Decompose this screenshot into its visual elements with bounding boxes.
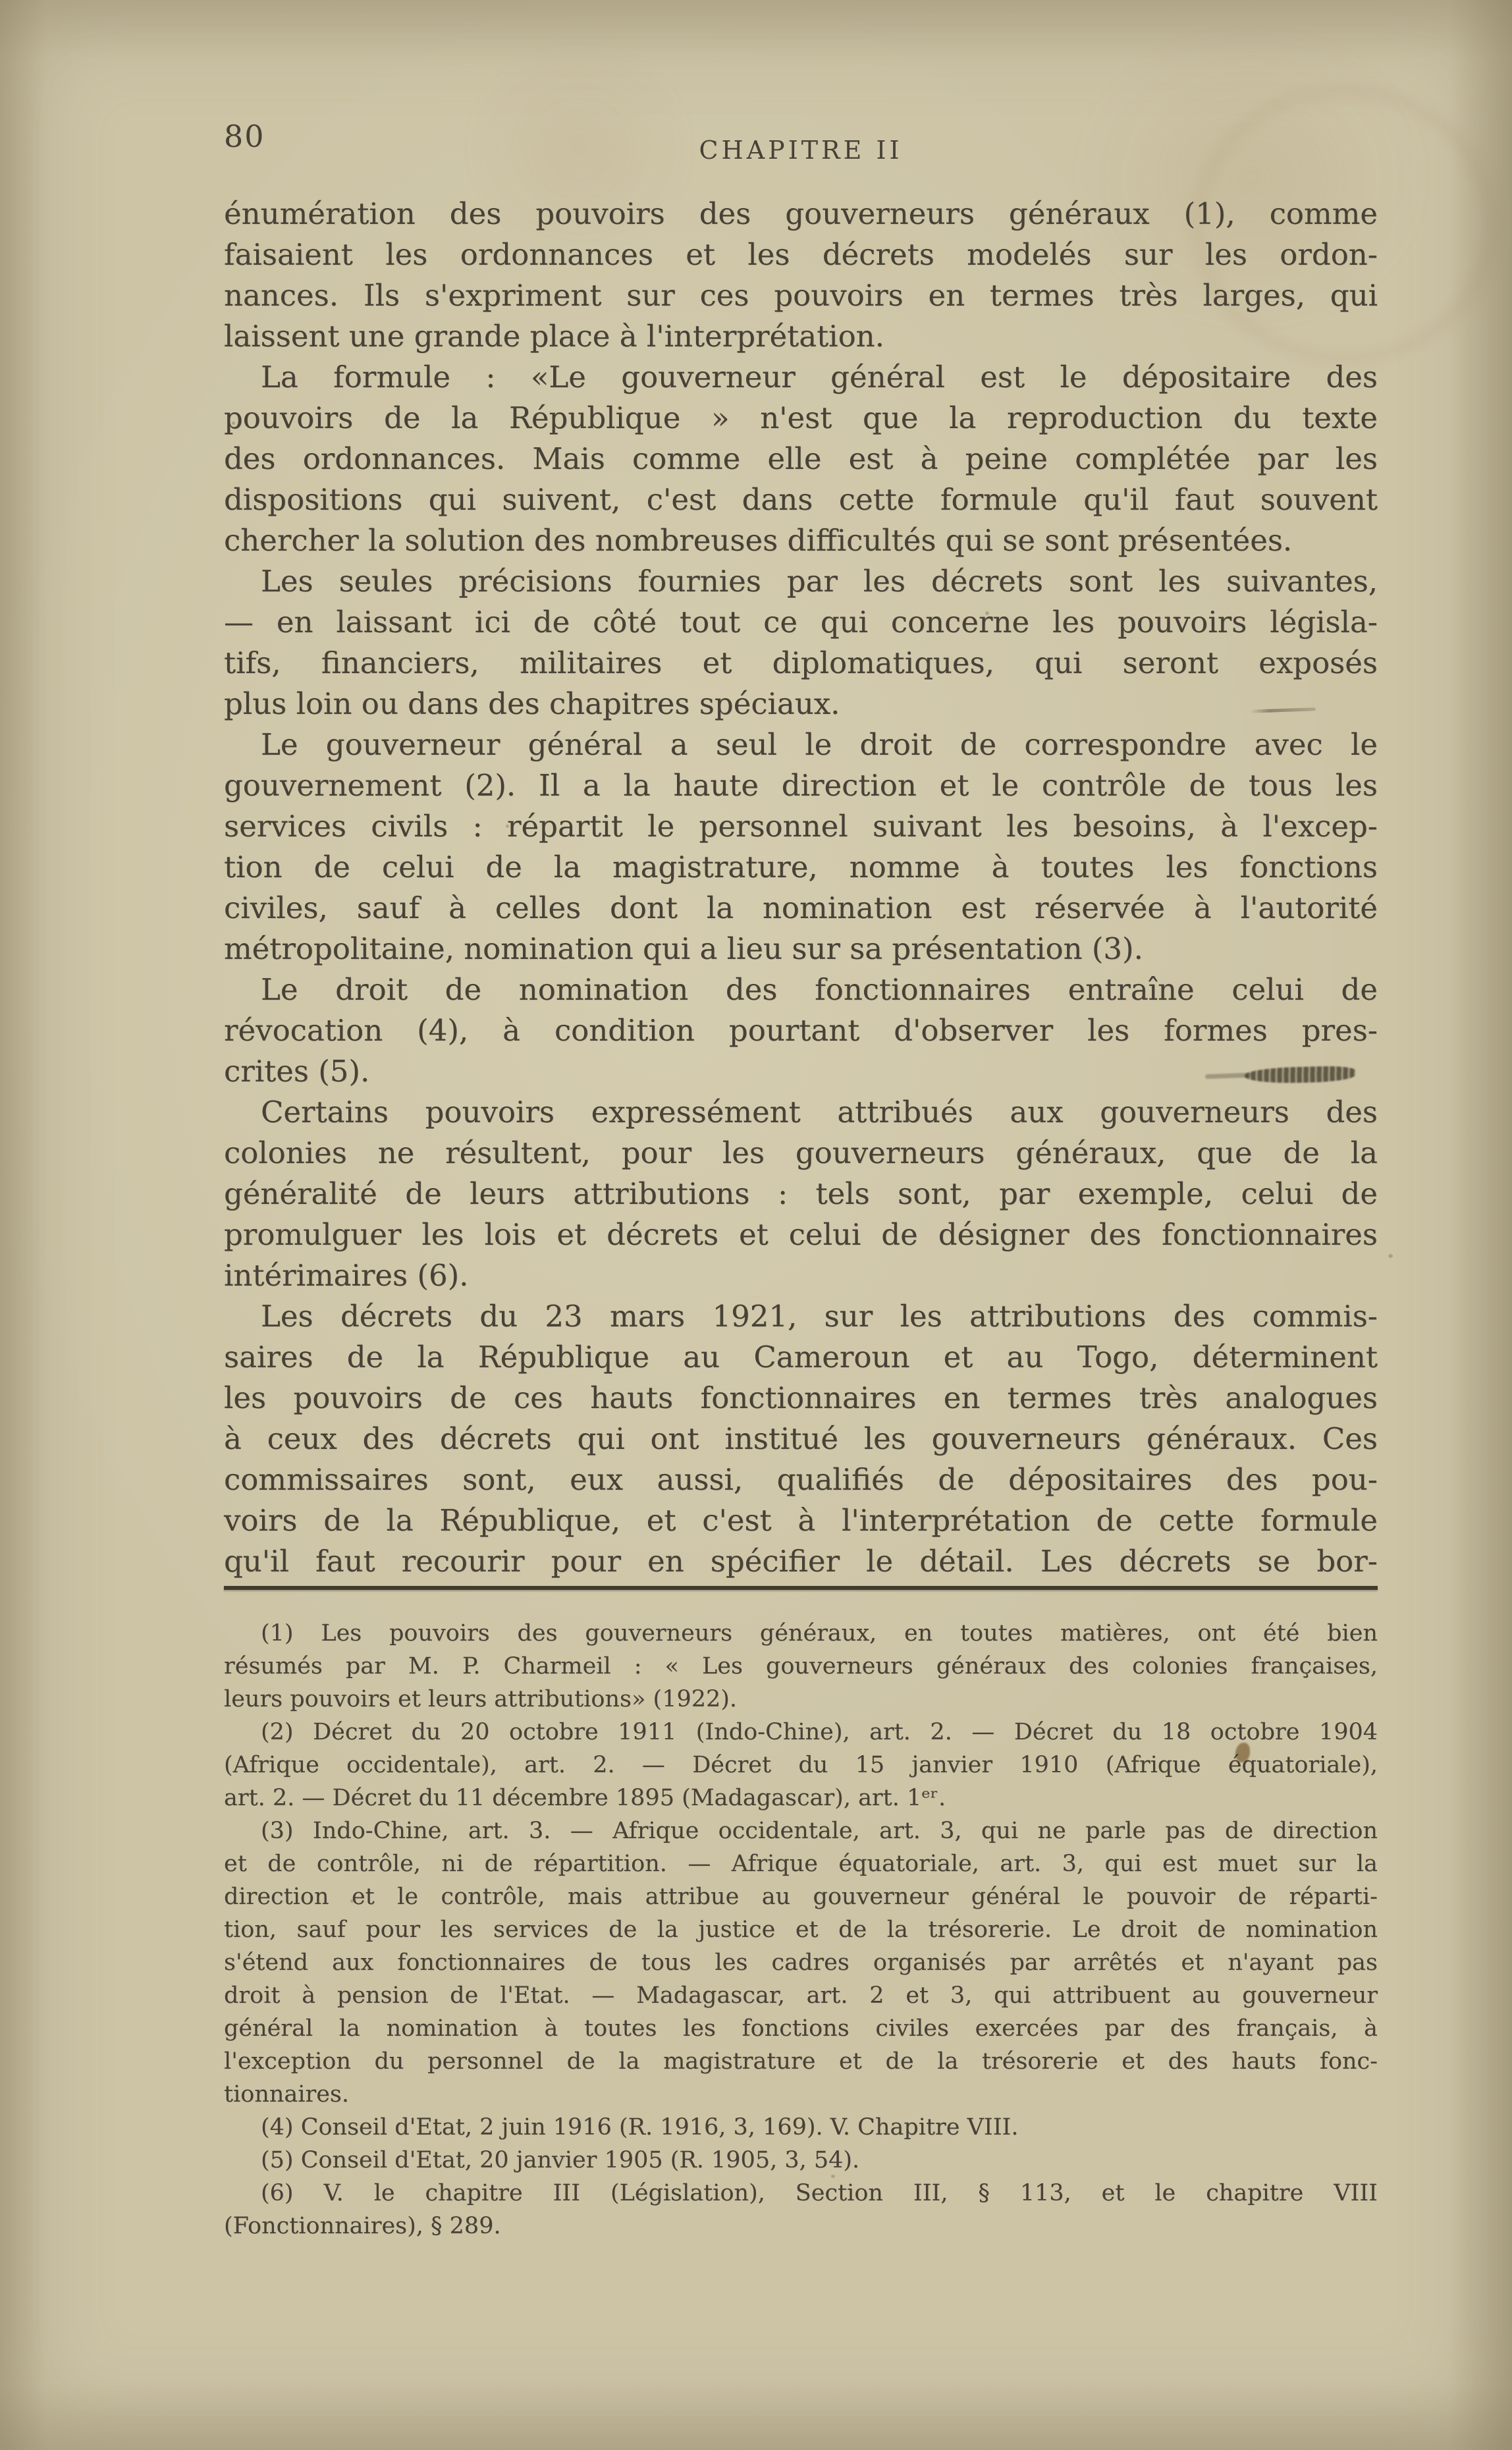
text-line: (3) Indo-Chine, art. 3. — Afrique occide… [224,1814,1378,1847]
text-line: les pouvoirs de ces hauts fonctionnaires… [224,1378,1378,1419]
text-line: crites (5). [224,1051,1378,1092]
paragraph: Certains pouvoirs expressément attribués… [224,1092,1378,1296]
text-line: Le droit de nomination des fonctionnaire… [224,969,1378,1010]
text-line: (6) V. le chapitre III (Législation), Se… [224,2177,1378,2210]
text-line: Les décrets du 23 mars 1921, sur les att… [224,1296,1378,1337]
paragraph: Le droit de nomination des fonctionnaire… [224,969,1378,1092]
text-line: tifs, financiers, militaires et diplomat… [224,643,1378,684]
main-text-block: énumération des pouvoirs des gouverneurs… [224,194,1378,1582]
paragraph: Les seules précisions fournies par les d… [224,561,1378,724]
text-line: (Afrique occidentale), art. 2. — Décret … [224,1749,1378,1782]
paragraph: Les décrets du 23 mars 1921, sur les att… [224,1296,1378,1582]
text-line: saires de la République au Cameroun et a… [224,1337,1378,1378]
text-line: (1) Les pouvoirs des gouverneurs générau… [224,1617,1378,1650]
text-line: (Fonctionnaires), § 289. [224,2210,1378,2243]
paper-speck [1388,1254,1393,1258]
text-line: Certains pouvoirs expressément attribués… [224,1092,1378,1133]
text-line: — en laissant ici de côté tout ce qui co… [224,602,1378,643]
text-line: révocation (4), à condition pourtant d'o… [224,1010,1378,1051]
text-line: art. 2. — Décret du 11 décembre 1895 (Ma… [224,1782,1378,1814]
page-number: 80 [224,119,265,154]
paragraph: (5) Conseil d'Etat, 20 janvier 1905 (R. … [224,2144,1378,2177]
text-line: colonies ne résultent, pour les gouverne… [224,1133,1378,1174]
text-line: leurs pouvoirs et leurs attributions» (1… [224,1683,1378,1716]
text-line: (2) Décret du 20 octobre 1911 (Indo-Chin… [224,1716,1378,1749]
scanned-book-page: 80 CHAPITRE II énumération des pouvoirs … [0,0,1512,2450]
text-line: pouvoirs de la République » n'est que la… [224,398,1378,439]
paragraph: (1) Les pouvoirs des gouverneurs générau… [224,1617,1378,1716]
text-line: l'exception du personnel de la magistrat… [224,2045,1378,2078]
text-line: droit à pension de l'Etat. — Madagascar,… [224,1979,1378,2012]
running-title: CHAPITRE II [699,136,902,165]
footnote-separator-rule [224,1586,1378,1590]
text-line: Le gouverneur général a seul le droit de… [224,724,1378,765]
text-line: dispositions qui suivent, c'est dans cet… [224,479,1378,520]
text-line: résumés par M. P. Charmeil : « Les gouve… [224,1650,1378,1683]
text-line: tion de celui de la magistrature, nomme … [224,847,1378,888]
text-line: énumération des pouvoirs des gouverneurs… [224,194,1378,234]
text-line: voirs de la République, et c'est à l'int… [224,1500,1378,1541]
text-line: gouvernement (2). Il a la haute directio… [224,765,1378,806]
paragraph: (4) Conseil d'Etat, 2 juin 1916 (R. 1916… [224,2111,1378,2144]
text-line: La formule : «Le gouverneur général est … [224,357,1378,398]
text-line: services civils : répartit le personnel … [224,806,1378,847]
paragraph: (6) V. le chapitre III (Législation), Se… [224,2177,1378,2243]
text-line: intérimaires (6). [224,1255,1378,1296]
text-line: civiles, sauf à celles dont la nominatio… [224,888,1378,929]
text-line: tionnaires. [224,2078,1378,2111]
text-line: direction et le contrôle, mais attribue … [224,1880,1378,1913]
text-line: des ordonnances. Mais comme elle est à p… [224,439,1378,479]
text-line: plus loin ou dans des chapitres spéciaux… [224,684,1378,724]
text-line: commissaires sont, eux aussi, qualifiés … [224,1459,1378,1500]
text-line: métropolitaine, nomination qui a lieu su… [224,929,1378,969]
text-line: général la nomination à toutes les fonct… [224,2012,1378,2045]
text-line: et de contrôle, ni de répartition. — Afr… [224,1847,1378,1880]
text-line: qu'il faut recourir pour en spécifier le… [224,1541,1378,1582]
text-line: à ceux des décrets qui ont institué les … [224,1419,1378,1459]
text-line: tion, sauf pour les services de la justi… [224,1913,1378,1946]
text-line: s'étend aux fonctionnaires de tous les c… [224,1946,1378,1979]
text-line: (4) Conseil d'Etat, 2 juin 1916 (R. 1916… [224,2111,1378,2144]
text-line: laissent une grande place à l'interpréta… [224,316,1378,357]
text-line: généralité de leurs attributions : tels … [224,1174,1378,1214]
paragraph: énumération des pouvoirs des gouverneurs… [224,194,1378,357]
paragraph: (2) Décret du 20 octobre 1911 (Indo-Chin… [224,1716,1378,1814]
text-line: promulguer les lois et décrets et celui … [224,1214,1378,1255]
text-line: chercher la solution des nombreuses diff… [224,520,1378,561]
text-line: faisaient les ordonnances et les décrets… [224,234,1378,275]
text-line: Les seules précisions fournies par les d… [224,561,1378,602]
paragraph: (3) Indo-Chine, art. 3. — Afrique occide… [224,1814,1378,2111]
paragraph: Le gouverneur général a seul le droit de… [224,724,1378,969]
paragraph: La formule : «Le gouverneur général est … [224,357,1378,561]
footnotes-block: (1) Les pouvoirs des gouverneurs générau… [224,1617,1378,2243]
text-line: nances. Ils s'expriment sur ces pouvoirs… [224,275,1378,316]
text-line: (5) Conseil d'Etat, 20 janvier 1905 (R. … [224,2144,1378,2177]
